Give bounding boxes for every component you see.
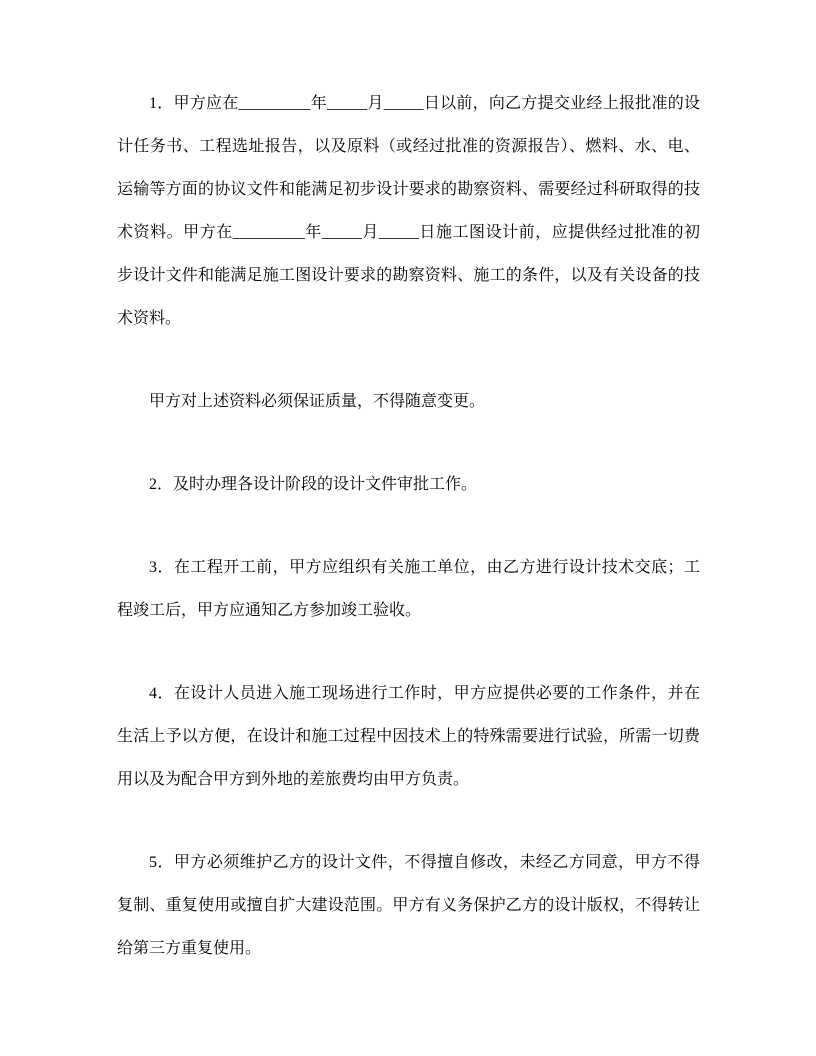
paragraph-clause-1: 1．甲方应在_________年_____月_____日以前，向乙方提交业经上报…: [117, 82, 700, 340]
paragraph-clause-4: 4．在设计人员进入施工现场进行工作时，甲方应提供必要的工作条件，并在生活上予以方…: [117, 672, 700, 801]
paragraph-quality-note: 甲方对上述资料必须保证质量，不得随意变更。: [117, 380, 700, 423]
paragraph-clause-5: 5．甲方必须维护乙方的设计文件，不得擅自修改，未经乙方同意，甲方不得复制、重复使…: [117, 841, 700, 970]
paragraph-clause-2: 2．及时办理各设计阶段的设计文件审批工作。: [117, 463, 700, 506]
document-page: 1．甲方应在_________年_____月_____日以前，向乙方提交业经上报…: [0, 0, 816, 1056]
document-body: 1．甲方应在_________年_____月_____日以前，向乙方提交业经上报…: [117, 82, 700, 970]
paragraph-clause-3: 3．在工程开工前，甲方应组织有关施工单位，由乙方进行设计技术交底；工程竣工后，甲…: [117, 546, 700, 632]
